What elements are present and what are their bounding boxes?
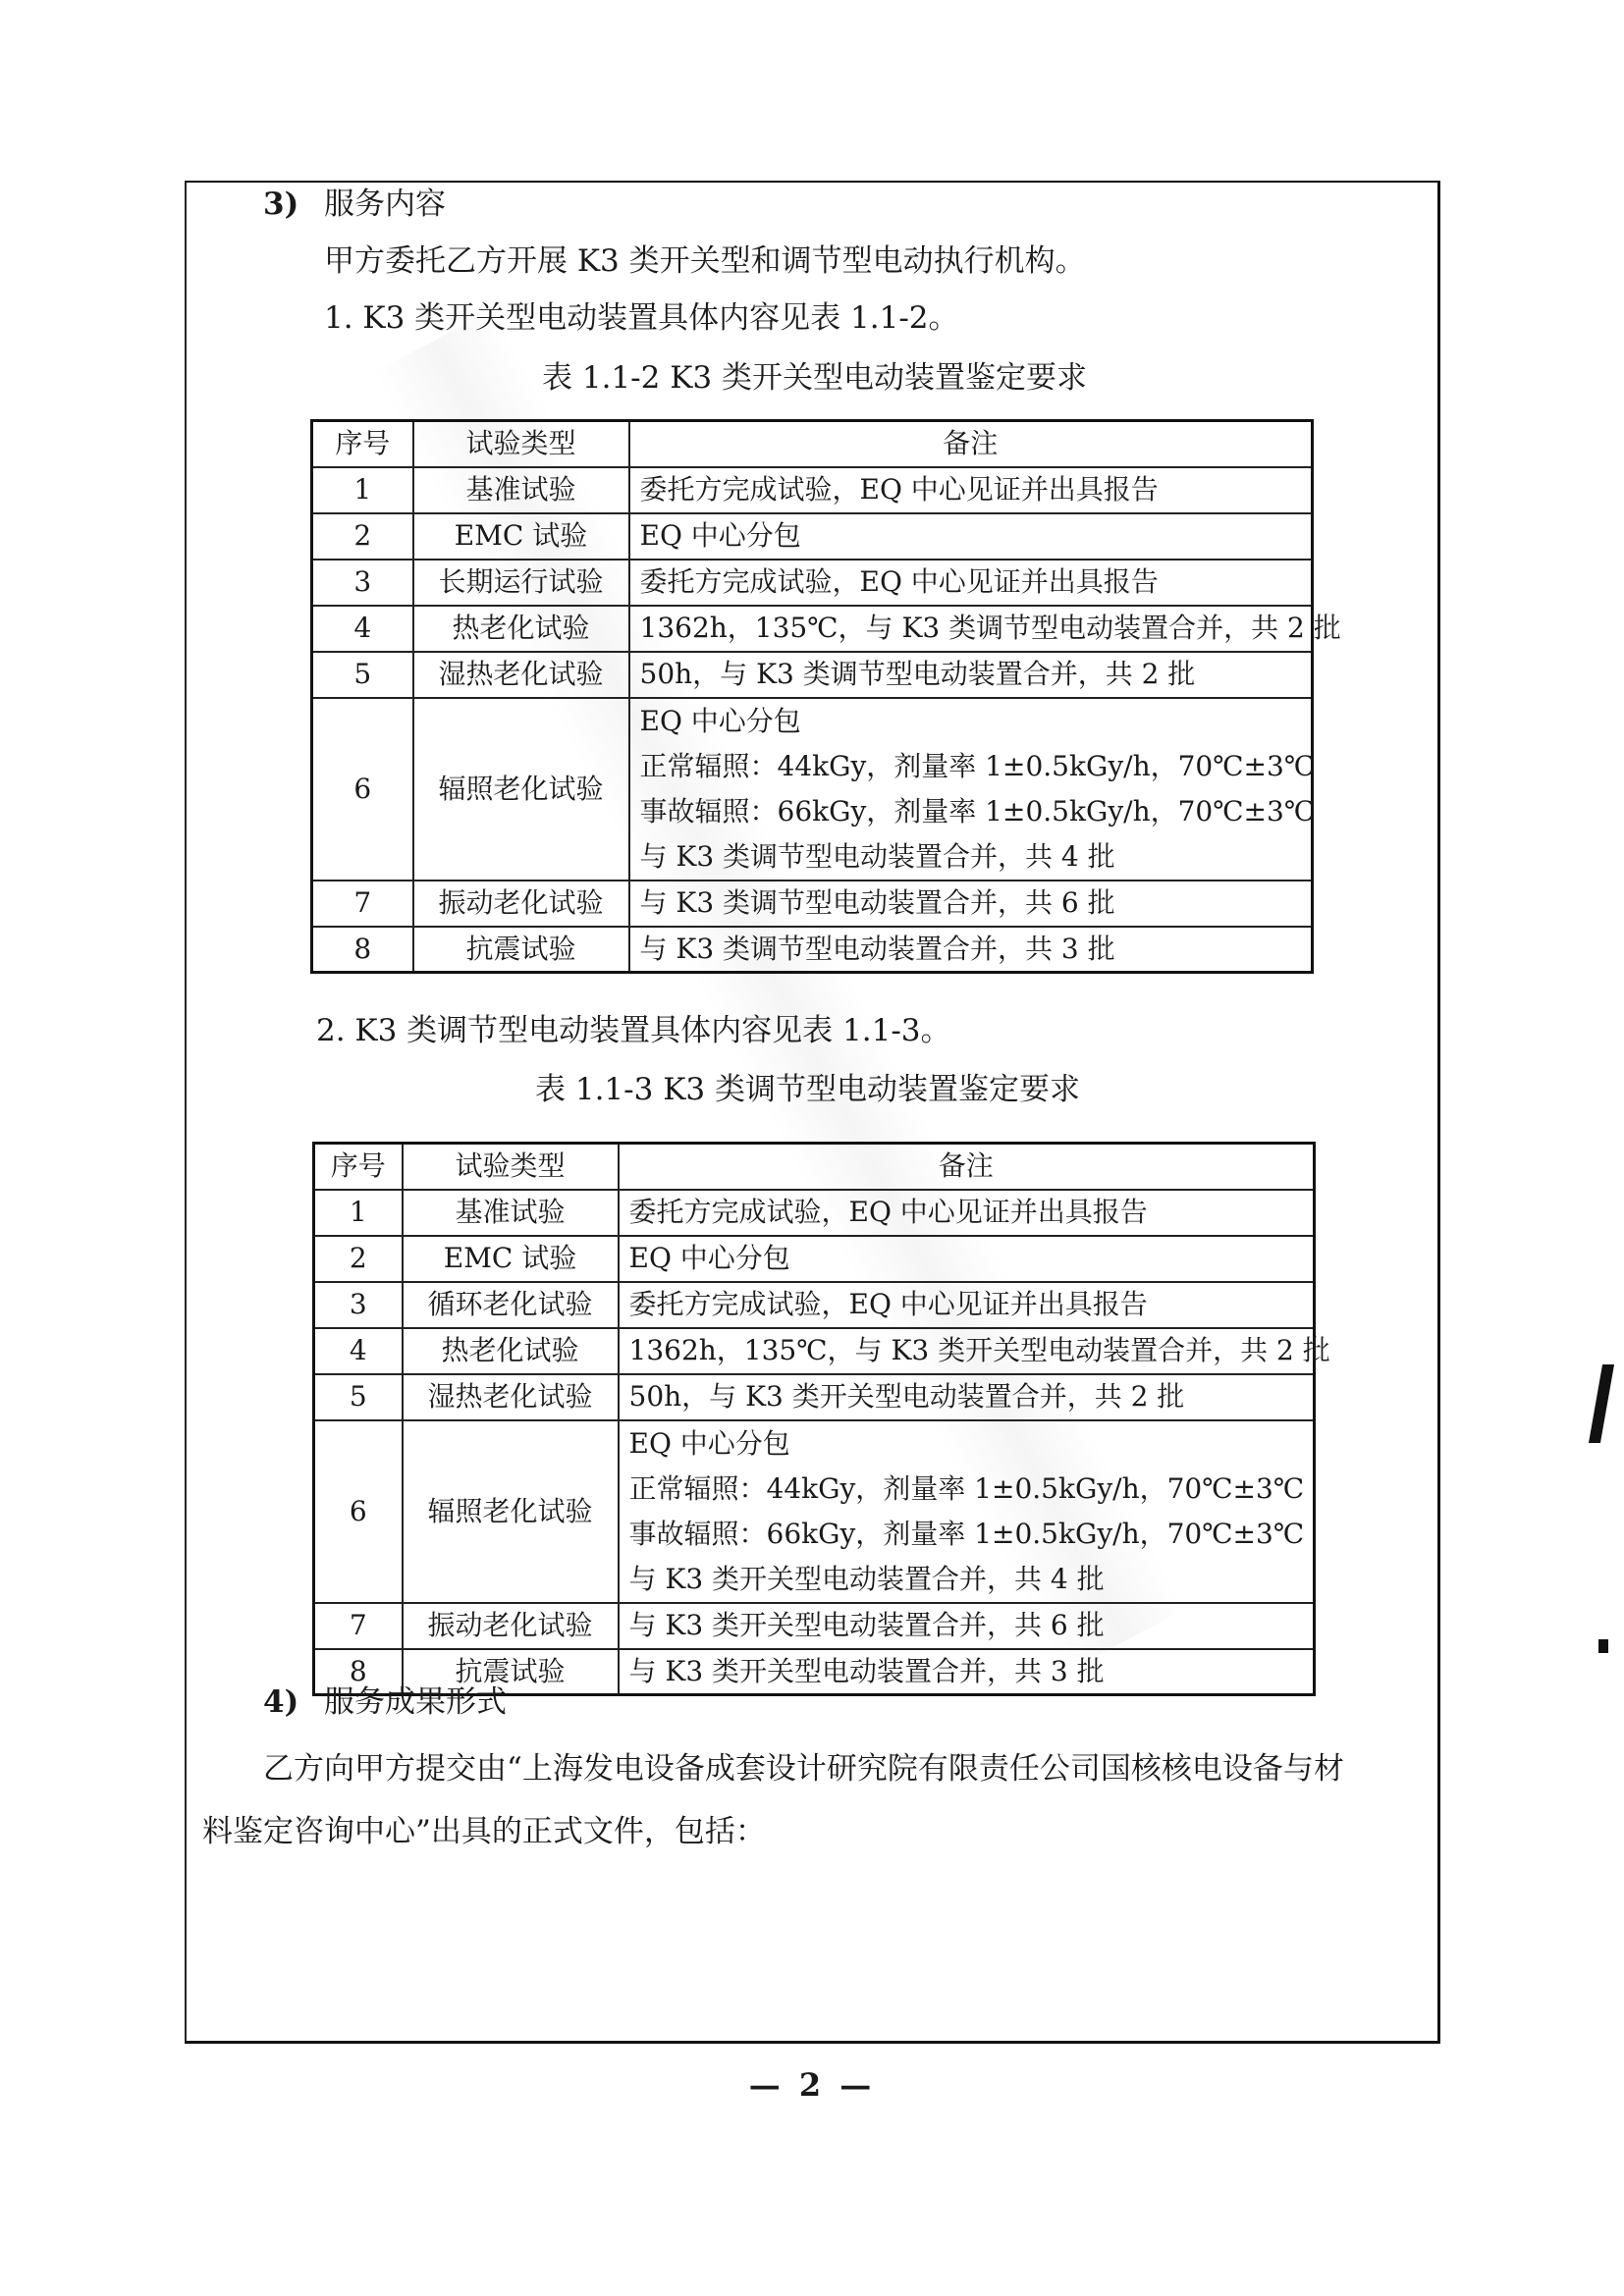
table-row: 2EMC 试验EQ 中心分包 — [314, 1236, 1315, 1282]
cell-remarks: EQ 中心分包正常辐照：44kGy，剂量率 1±0.5kGy/h，70℃±3℃事… — [629, 698, 1313, 881]
cell-remarks: 委托方完成试验，EQ 中心见证并出具报告 — [629, 560, 1313, 606]
section-4-paragraph-line-1: 乙方向甲方提交由“上海发电设备成套设计研究院有限责任公司国核核电设备与材 — [263, 1749, 1344, 1789]
cell-serial: 7 — [314, 1603, 403, 1649]
section-3-title: 服务内容 — [324, 187, 446, 222]
remarks-line: 50h，与 K3 类调节型电动装置合并，共 2 批 — [640, 657, 1302, 692]
cell-serial: 8 — [312, 927, 413, 973]
cell-test-type: 长期运行试验 — [413, 560, 629, 606]
header-serial: 序号 — [314, 1144, 403, 1190]
remarks-line: EQ 中心分包 — [629, 1241, 1304, 1276]
header-serial: 序号 — [312, 421, 413, 467]
header-test-type: 试验类型 — [403, 1144, 619, 1190]
cell-remarks: 委托方完成试验，EQ 中心见证并出具报告 — [619, 1190, 1315, 1236]
table-row: 7振动老化试验与 K3 类调节型电动装置合并，共 6 批 — [312, 881, 1313, 927]
remarks-line: 事故辐照：66kGy，剂量率 1±0.5kGy/h，70℃±3℃ — [640, 789, 1302, 834]
table-header-row: 序号 试验类型 备注 — [314, 1144, 1315, 1190]
cell-test-type: 热老化试验 — [413, 606, 629, 652]
remarks-line: EQ 中心分包 — [629, 1421, 1304, 1467]
remarks-line: 委托方完成试验，EQ 中心见证并出具报告 — [629, 1287, 1304, 1322]
cell-serial: 2 — [312, 513, 413, 560]
header-remarks: 备注 — [629, 421, 1313, 467]
remarks-line: 1362h，135℃，与 K3 类调节型电动装置合并，共 2 批 — [640, 611, 1302, 646]
cell-serial: 7 — [312, 881, 413, 927]
cell-test-type: 湿热老化试验 — [403, 1374, 619, 1420]
cell-serial: 3 — [314, 1282, 403, 1328]
cell-serial: 4 — [312, 606, 413, 652]
table-row: 5湿热老化试验50h，与 K3 类调节型电动装置合并，共 2 批 — [312, 652, 1313, 698]
table-row: 6辐照老化试验EQ 中心分包正常辐照：44kGy，剂量率 1±0.5kGy/h，… — [314, 1420, 1315, 1603]
cell-serial: 5 — [312, 652, 413, 698]
section-4-title: 服务成果形式 — [324, 1684, 507, 1720]
table-row: 3长期运行试验委托方完成试验，EQ 中心见证并出具报告 — [312, 560, 1313, 606]
section-3-heading: 3)服务内容 — [263, 185, 446, 224]
cell-test-type: 湿热老化试验 — [413, 652, 629, 698]
remarks-line: 正常辐照：44kGy，剂量率 1±0.5kGy/h，70℃±3℃ — [629, 1467, 1304, 1512]
table-row: 5湿热老化试验50h，与 K3 类开关型电动装置合并，共 2 批 — [314, 1374, 1315, 1420]
remarks-line: 与 K3 类调节型电动装置合并，共 4 批 — [640, 834, 1302, 880]
remarks-line: 与 K3 类开关型电动装置合并，共 3 批 — [629, 1654, 1304, 1689]
table-row: 8抗震试验与 K3 类调节型电动装置合并，共 3 批 — [312, 927, 1313, 973]
remarks-line: 正常辐照：44kGy，剂量率 1±0.5kGy/h，70℃±3℃ — [640, 744, 1302, 789]
section-4-number: 4) — [263, 1682, 324, 1722]
remarks-line: 1362h，135℃，与 K3 类开关型电动装置合并，共 2 批 — [629, 1333, 1304, 1368]
scan-artifact — [1598, 1639, 1608, 1653]
cell-remarks: 委托方完成试验，EQ 中心见证并出具报告 — [629, 467, 1313, 513]
cell-serial: 4 — [314, 1328, 403, 1374]
table-header-row: 序号 试验类型 备注 — [312, 421, 1313, 467]
item-2: 2. K3 类调节型电动装置具体内容见表 1.1-3。 — [316, 1011, 951, 1050]
table-row: 2EMC 试验EQ 中心分包 — [312, 513, 1313, 560]
cell-remarks: EQ 中心分包 — [629, 513, 1313, 560]
remarks-line: 与 K3 类开关型电动装置合并，共 4 批 — [629, 1557, 1304, 1602]
cell-remarks: 与 K3 类调节型电动装置合并，共 6 批 — [629, 881, 1313, 927]
table-row: 6辐照老化试验EQ 中心分包正常辐照：44kGy，剂量率 1±0.5kGy/h，… — [312, 698, 1313, 881]
section-4-heading: 4)服务成果形式 — [263, 1682, 507, 1722]
cell-test-type: 辐照老化试验 — [413, 698, 629, 881]
cell-test-type: 辐照老化试验 — [403, 1420, 619, 1603]
remarks-line: 委托方完成试验，EQ 中心见证并出具报告 — [640, 472, 1302, 507]
cell-remarks: 1362h，135℃，与 K3 类开关型电动装置合并，共 2 批 — [619, 1328, 1315, 1374]
cell-remarks: 与 K3 类调节型电动装置合并，共 3 批 — [629, 927, 1313, 973]
cell-serial: 1 — [312, 467, 413, 513]
table-2-caption: 表 1.1-3 K3 类调节型电动装置鉴定要求 — [535, 1070, 1080, 1109]
table-row: 3循环老化试验委托方完成试验，EQ 中心见证并出具报告 — [314, 1282, 1315, 1328]
table-2: 序号 试验类型 备注 1基准试验委托方完成试验，EQ 中心见证并出具报告2EMC… — [312, 1142, 1316, 1696]
cell-test-type: 抗震试验 — [413, 927, 629, 973]
remarks-line: EQ 中心分包 — [640, 518, 1302, 554]
cell-serial: 6 — [312, 698, 413, 881]
cell-test-type: EMC 试验 — [403, 1236, 619, 1282]
remarks-line: 与 K3 类开关型电动装置合并，共 6 批 — [629, 1608, 1304, 1643]
page-number: — 2 — — [0, 2066, 1624, 2104]
cell-test-type: 基准试验 — [403, 1190, 619, 1236]
cell-remarks: EQ 中心分包正常辐照：44kGy，剂量率 1±0.5kGy/h，70℃±3℃事… — [619, 1420, 1315, 1603]
cell-test-type: 热老化试验 — [403, 1328, 619, 1374]
table-row: 4热老化试验1362h，135℃，与 K3 类开关型电动装置合并，共 2 批 — [314, 1328, 1315, 1374]
remarks-line: EQ 中心分包 — [640, 699, 1302, 744]
remarks-line: 与 K3 类调节型电动装置合并，共 3 批 — [640, 932, 1302, 967]
cell-remarks: EQ 中心分包 — [619, 1236, 1315, 1282]
table-row: 7振动老化试验与 K3 类开关型电动装置合并，共 6 批 — [314, 1603, 1315, 1649]
section-3-intro: 甲方委托乙方开展 K3 类开关型和调节型电动执行机构。 — [324, 241, 1086, 281]
remarks-line: 与 K3 类调节型电动装置合并，共 6 批 — [640, 885, 1302, 921]
cell-test-type: EMC 试验 — [413, 513, 629, 560]
cell-test-type: 循环老化试验 — [403, 1282, 619, 1328]
cell-remarks: 委托方完成试验，EQ 中心见证并出具报告 — [619, 1282, 1315, 1328]
remarks-line: 委托方完成试验，EQ 中心见证并出具报告 — [640, 564, 1302, 600]
table-1: 序号 试验类型 备注 1基准试验委托方完成试验，EQ 中心见证并出具报告2EMC… — [310, 419, 1314, 974]
section-3-number: 3) — [263, 185, 324, 224]
table-row: 1基准试验委托方完成试验，EQ 中心见证并出具报告 — [314, 1190, 1315, 1236]
header-remarks: 备注 — [619, 1144, 1315, 1190]
cell-remarks: 与 K3 类开关型电动装置合并，共 6 批 — [619, 1603, 1315, 1649]
remarks-line: 50h，与 K3 类开关型电动装置合并，共 2 批 — [629, 1379, 1304, 1415]
remarks-line: 委托方完成试验，EQ 中心见证并出具报告 — [629, 1195, 1304, 1230]
cell-serial: 1 — [314, 1190, 403, 1236]
cell-test-type: 振动老化试验 — [413, 881, 629, 927]
cell-serial: 5 — [314, 1374, 403, 1420]
cell-serial: 2 — [314, 1236, 403, 1282]
cell-remarks: 50h，与 K3 类开关型电动装置合并，共 2 批 — [619, 1374, 1315, 1420]
table-1-caption: 表 1.1-2 K3 类开关型电动装置鉴定要求 — [542, 358, 1087, 398]
section-3-item-1: 1. K3 类开关型电动装置具体内容见表 1.1-2。 — [324, 298, 959, 338]
cell-remarks: 与 K3 类开关型电动装置合并，共 3 批 — [619, 1649, 1315, 1695]
cell-remarks: 1362h，135℃，与 K3 类调节型电动装置合并，共 2 批 — [629, 606, 1313, 652]
scan-artifact — [1589, 1364, 1614, 1443]
cell-serial: 3 — [312, 560, 413, 606]
cell-remarks: 50h，与 K3 类调节型电动装置合并，共 2 批 — [629, 652, 1313, 698]
cell-serial: 6 — [314, 1420, 403, 1603]
cell-test-type: 振动老化试验 — [403, 1603, 619, 1649]
cell-test-type: 基准试验 — [413, 467, 629, 513]
section-4-paragraph-line-2: 料鉴定咨询中心”出具的正式文件，包括： — [202, 1812, 766, 1851]
table-row: 4热老化试验1362h，135℃，与 K3 类调节型电动装置合并，共 2 批 — [312, 606, 1313, 652]
table-row: 1基准试验委托方完成试验，EQ 中心见证并出具报告 — [312, 467, 1313, 513]
header-test-type: 试验类型 — [413, 421, 629, 467]
remarks-line: 事故辐照：66kGy，剂量率 1±0.5kGy/h，70℃±3℃ — [629, 1512, 1304, 1557]
